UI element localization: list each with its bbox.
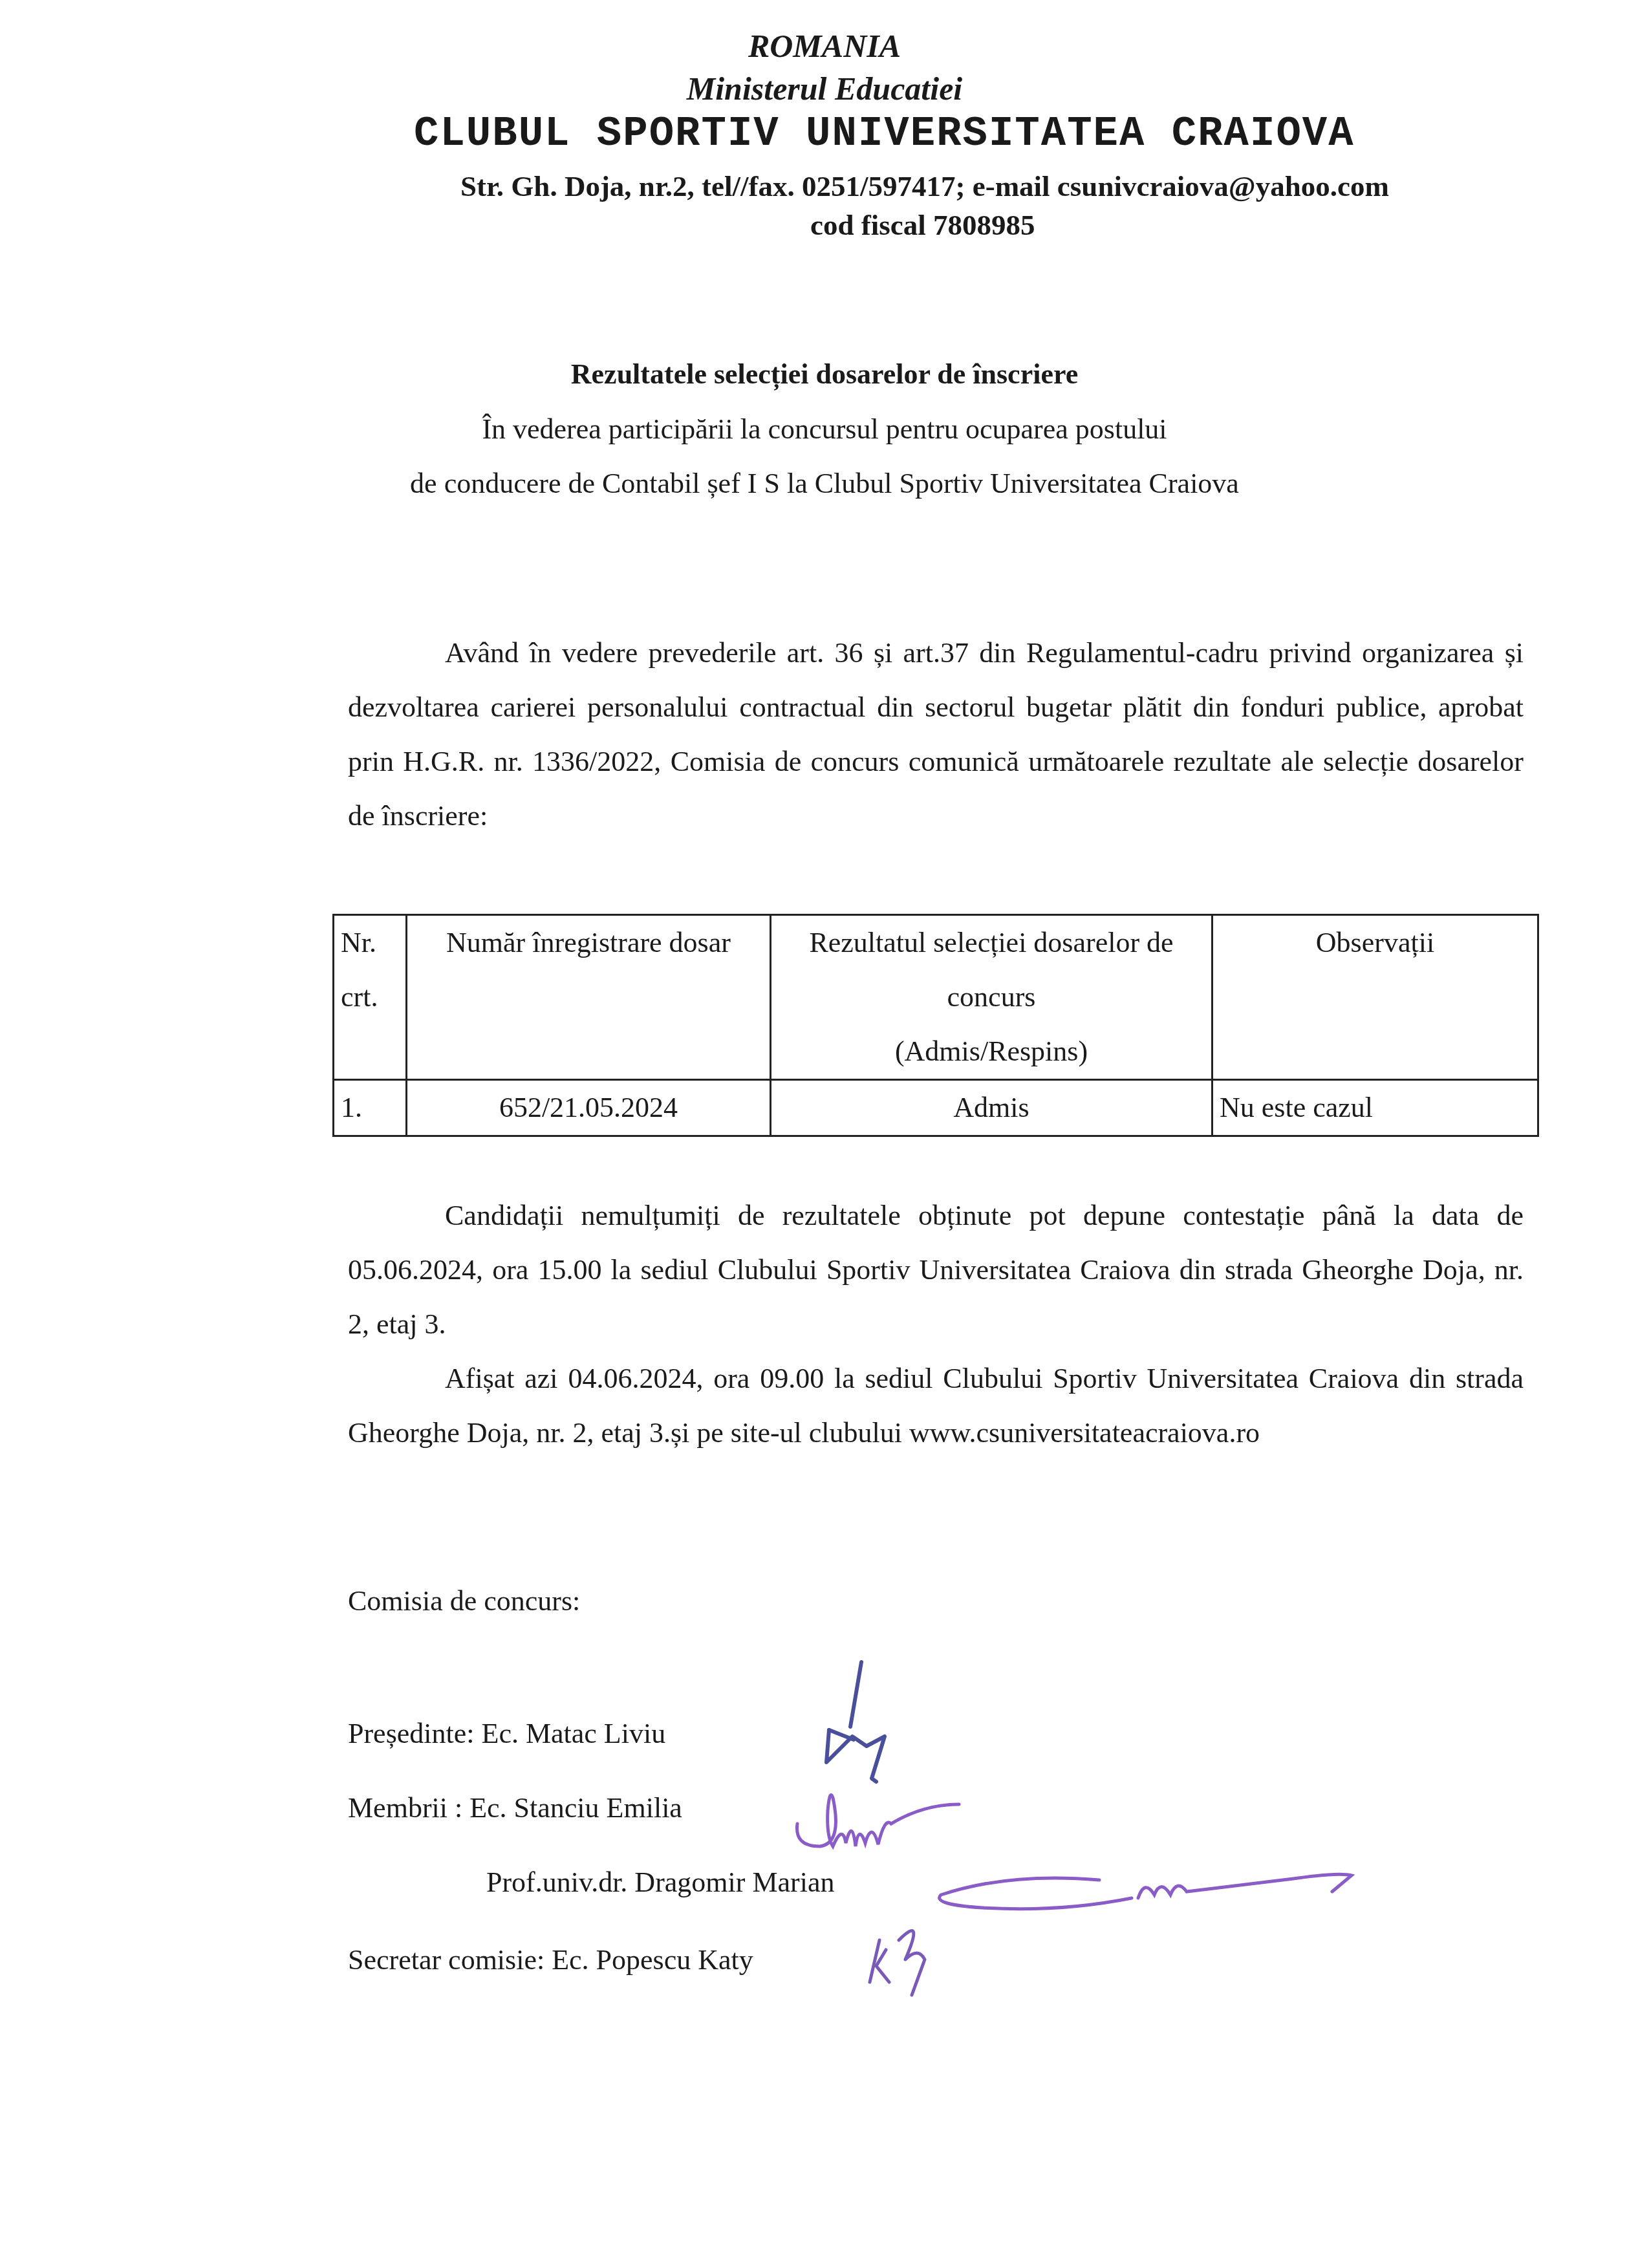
committee-member-1: Membrii : Ec. Stanciu Emilia [348,1791,682,1824]
cell-nr: 1. [334,1080,407,1136]
header-country: ROMANIA [0,27,1649,65]
header-nr-crt: Nr. crt. [334,915,407,1080]
header-ministry: Ministerul Educatiei [0,70,1649,107]
posted-paragraph: Afișat azi 04.06.2024, ora 09.00 la sedi… [348,1352,1524,1460]
header-selection-result: Rezultatul selecției dosarelor de concur… [771,915,1212,1080]
table-header-row: Nr. crt. Număr înregistrare dosar Rezult… [334,915,1538,1080]
signature-president-icon [815,1656,892,1785]
document-subtitle-2: de conducere de Contabil șef I S la Club… [0,467,1649,500]
contest-paragraph: Candidații nemulțumiți de rezultatele ob… [348,1189,1524,1352]
header-observations: Observații [1212,915,1538,1080]
header-club-name: CLUBUL SPORTIV UNIVERSITATEA CRAIOVA [414,111,1355,158]
cell-result: Admis [771,1080,1212,1136]
signature-member-1-icon [794,1785,962,1863]
signature-member-2-icon [931,1866,1423,1917]
document-subtitle-1: În vederea participării la concursul pen… [0,413,1649,446]
header-address: Str. Gh. Doja, nr.2, tel//fax. 0251/5974… [460,169,1389,203]
header-registration-number: Număr înregistrare dosar [407,915,771,1080]
table-row: 1. 652/21.05.2024 Admis Nu este cazul [334,1080,1538,1136]
committee-secretary: Secretar comisie: Ec. Popescu Katy [348,1943,753,1976]
cell-observations: Nu este cazul [1212,1080,1538,1136]
committee-member-2: Prof.univ.dr. Dragomir Marian [486,1866,834,1899]
cell-registration: 652/21.05.2024 [407,1080,771,1136]
intro-paragraph: Având în vedere prevederile art. 36 și a… [348,626,1524,843]
document-title: Rezultatele selecției dosarelor de înscr… [0,358,1649,391]
signature-secretary-icon [860,1921,951,2005]
committee-label: Comisia de concurs: [348,1584,580,1617]
header-fiscal-code: cod fiscal 7808985 [810,208,1035,242]
results-table: Nr. crt. Număr înregistrare dosar Rezult… [332,914,1539,1137]
committee-president: Președinte: Ec. Matac Liviu [348,1717,665,1750]
